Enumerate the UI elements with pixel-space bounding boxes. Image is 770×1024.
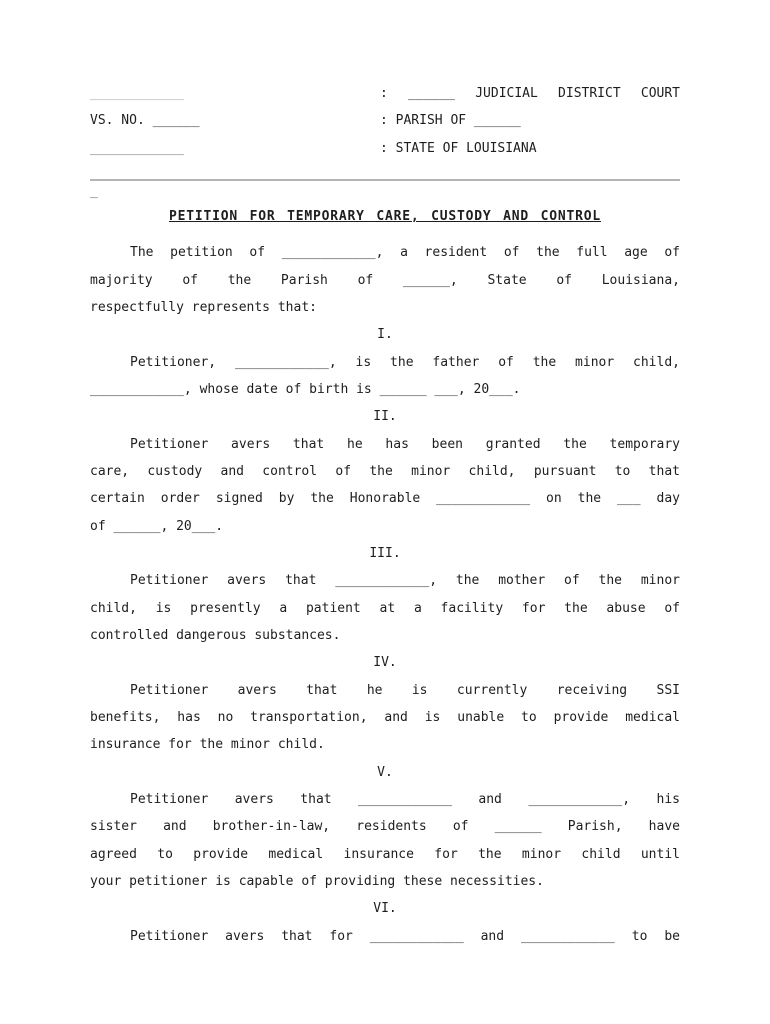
caption-right-cell: : PARISH OF ______ [380, 107, 680, 134]
body-line: sister and brother-in-law, residents of … [90, 813, 680, 840]
body-line: Petitioner avers that for ____________ a… [90, 923, 680, 950]
document-page: ____________: ______ JUDICIAL DISTRICT C… [0, 0, 770, 1024]
intro-paragraph: The petition of ____________, a resident… [90, 239, 680, 321]
document-body: The petition of ____________, a resident… [90, 239, 680, 950]
section-ii: II.Petitioner avers that he has been gra… [90, 403, 680, 540]
body-line: Petitioner avers that ____________, the … [90, 567, 680, 594]
caption-right-cell: : ______ JUDICIAL DISTRICT COURT [380, 80, 680, 107]
section-numeral: III. [90, 540, 680, 567]
document-title: PETITION FOR TEMPORARY CARE, CUSTODY AND… [90, 203, 680, 230]
caption-divider-underscore: _ [90, 181, 680, 203]
body-line: Petitioner avers that he has been grante… [90, 431, 680, 458]
caption-right-cell: : STATE OF LOUISIANA [380, 135, 680, 162]
body-line: controlled dangerous substances. [90, 622, 680, 649]
section-v: V.Petitioner avers that ____________ and… [90, 759, 680, 896]
section-numeral: IV. [90, 649, 680, 676]
body-line: Petitioner avers that he is currently re… [90, 677, 680, 704]
body-line: respectfully represents that: [90, 294, 680, 321]
body-line: benefits, has no transportation, and is … [90, 704, 680, 731]
body-line: insurance for the minor child. [90, 731, 680, 758]
caption-left-cell: ____________ [90, 135, 380, 162]
body-line: The petition of ____________, a resident… [90, 239, 680, 266]
body-line: certain order signed by the Honorable __… [90, 485, 680, 512]
body-line: of ______, 20___. [90, 513, 680, 540]
section-numeral: II. [90, 403, 680, 430]
section-numeral: V. [90, 759, 680, 786]
body-line: care, custody and control of the minor c… [90, 458, 680, 485]
caption-left-cell: ____________ [90, 80, 380, 107]
body-line: child, is presently a patient at a facil… [90, 595, 680, 622]
body-line: agreed to provide medical insurance for … [90, 841, 680, 868]
caption-left-cell: VS. NO. ______ [90, 107, 380, 134]
caption-row: VS. NO. ______: PARISH OF ______ [90, 107, 680, 134]
section-iii: III.Petitioner avers that ____________, … [90, 540, 680, 649]
body-line: ____________, whose date of birth is ___… [90, 376, 680, 403]
section-i: I.Petitioner, ____________, is the fathe… [90, 321, 680, 403]
caption-row: ____________: ______ JUDICIAL DISTRICT C… [90, 80, 680, 107]
section-numeral: VI. [90, 895, 680, 922]
document-content: ____________: ______ JUDICIAL DISTRICT C… [90, 80, 680, 950]
case-caption: ____________: ______ JUDICIAL DISTRICT C… [90, 80, 680, 162]
section-vi: VI.Petitioner avers that for ___________… [90, 895, 680, 950]
section-numeral: I. [90, 321, 680, 348]
body-line: your petitioner is capable of providing … [90, 868, 680, 895]
body-line: Petitioner avers that ____________ and _… [90, 786, 680, 813]
body-line: majority of the Parish of ______, State … [90, 267, 680, 294]
caption-row: ____________: STATE OF LOUISIANA [90, 135, 680, 162]
section-iv: IV.Petitioner avers that he is currently… [90, 649, 680, 758]
body-line: Petitioner, ____________, is the father … [90, 349, 680, 376]
